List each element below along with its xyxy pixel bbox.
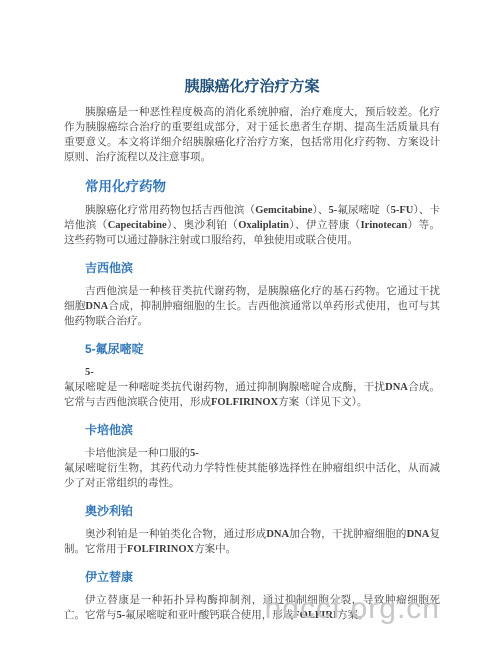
bold-term: 5- — [329, 205, 338, 216]
section-heading-irinotecan: 伊立替康 — [64, 570, 440, 585]
watermark-text: hdccf.org.cn — [265, 591, 440, 627]
bold-term: Oxaliplatin — [238, 220, 289, 231]
text-run: 胰腺癌是一种恶性程度极高的消化系统肿瘤，治疗难度大，预后较差。化疗作为胰腺癌综合… — [64, 107, 440, 163]
bold-term: DNA — [85, 301, 108, 312]
bold-term: Gemcitabine — [255, 205, 312, 216]
bold-term: 5- — [190, 448, 199, 459]
document-title: 胰腺癌化疗治疗方案 — [64, 77, 440, 97]
bold-term: DNA — [266, 529, 289, 540]
section-heading-common-chemo-drugs: 常用化疗药物 — [64, 178, 440, 195]
oxaliplatin-paragraph: 奥沙利铂是一种铂类化合物，通过形成DNA加合物，干扰肿瘤细胞的DNA复制。它常用… — [64, 527, 440, 557]
text-run: 方案中。 — [194, 544, 236, 555]
text-run: 合成，抑制肿瘤细胞的生长。吉西他滨通常以单药形式使用，也可与其他药物联合治疗。 — [64, 301, 440, 327]
section-heading-oxaliplatin: 奥沙利铂 — [64, 504, 440, 519]
section-heading-5fu: 5-氟尿嘧啶 — [64, 342, 440, 357]
bold-term: DNA — [407, 529, 430, 540]
document-page: 胰腺癌化疗治疗方案 胰腺癌是一种恶性程度极高的消化系统肿瘤，治疗难度大，预后较差… — [0, 0, 500, 647]
intro-paragraph: 胰腺癌是一种恶性程度极高的消化系统肿瘤，治疗难度大，预后较差。化疗作为胰腺癌综合… — [64, 105, 440, 165]
text-run: 方案（详见下文）。 — [278, 397, 367, 408]
bold-term: 5- — [85, 367, 94, 378]
text-run: 氟尿嘧啶（ — [337, 205, 390, 216]
bold-term: Irinotecan — [361, 220, 408, 231]
capecitabine-paragraph: 卡培他滨是一种口服的5-氟尿嘧啶衍生物，其药代动力学特性使其能够选择性在肿瘤组织… — [64, 446, 440, 491]
text-run: 加合物，干扰肿瘤细胞的 — [289, 529, 407, 540]
text-run: 卡培他滨是一种口服的 — [85, 448, 190, 459]
text-run: ）、 — [312, 205, 328, 216]
bold-term: FOLFIRINOX — [211, 397, 278, 408]
section-heading-gemcitabine: 吉西他滨 — [64, 261, 440, 276]
bold-term: Capecitabine — [108, 220, 167, 231]
gemcitabine-paragraph: 吉西他滨是一种核苷类抗代谢药物，是胰腺癌化疗的基石药物。它通过干扰细胞DNA合成… — [64, 284, 440, 329]
5fu-paragraph: 5-氟尿嘧啶是一种嘧啶类抗代谢药物，通过抑制胸腺嘧啶合成酶，干扰DNA合成。它常… — [64, 365, 440, 410]
text-run: ）、奥沙利铂（ — [167, 220, 239, 231]
text-run: 氟尿嘧啶是一种嘧啶类抗代谢药物，通过抑制胸腺嘧啶合成酶，干扰 — [64, 382, 385, 393]
bold-term: 5-FU — [391, 205, 414, 216]
text-run: 胰腺癌化疗常用药物包括吉西他滨（ — [85, 205, 255, 216]
text-run: 氟尿嘧啶衍生物，其药代动力学特性使其能够选择性在肿瘤组织中活化，从而减少了对正常… — [64, 463, 440, 489]
bold-term: FOLFIRINOX — [127, 544, 194, 555]
section-heading-capecitabine: 卡培他滨 — [64, 423, 440, 438]
text-run: ）、伊立替康（ — [289, 220, 361, 231]
bold-term: DNA — [385, 382, 408, 393]
bold-term: 5- — [117, 610, 126, 621]
common-chemo-drugs-paragraph: 胰腺癌化疗常用药物包括吉西他滨（Gemcitabine）、5-氟尿嘧啶（5-FU… — [64, 203, 440, 248]
text-run: 奥沙利铂是一种铂类化合物，通过形成 — [85, 529, 266, 540]
